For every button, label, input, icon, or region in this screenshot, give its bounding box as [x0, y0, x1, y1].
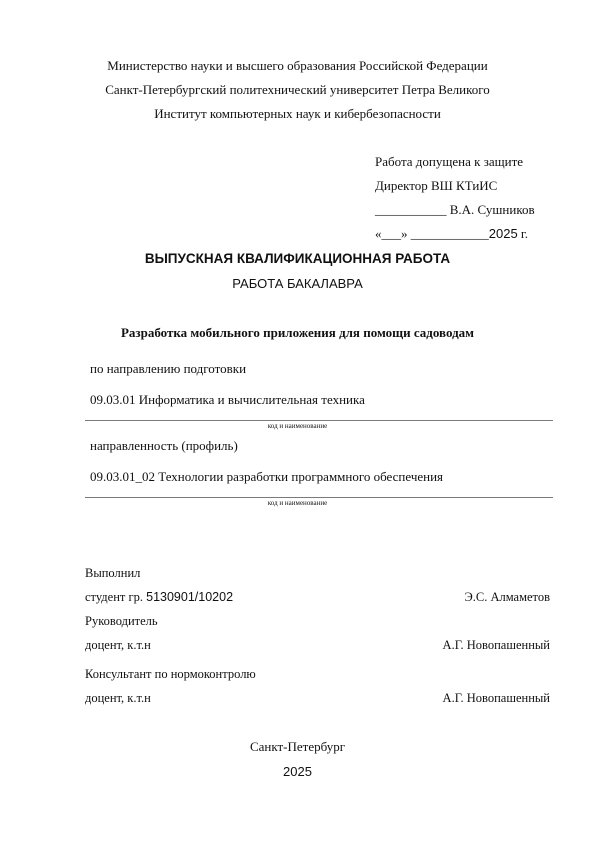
direction-caption: код и наименование	[0, 422, 595, 430]
performer-role: Выполнил	[85, 566, 140, 581]
consultant-name: А.Г. Новопашенный	[443, 691, 550, 706]
direction-value: 09.03.01 Информатика и вычислительная те…	[90, 392, 365, 408]
performer-group: 5130901/10202	[146, 590, 233, 604]
performer-position-prefix: студент гр.	[85, 590, 146, 604]
performer-name: Э.С. Алмаметов	[464, 590, 550, 605]
profile-label: направленность (профиль)	[90, 438, 238, 454]
signature-blank: ___________	[375, 202, 447, 217]
profile-value: 09.03.01_02 Технологии разработки програ…	[90, 469, 443, 485]
profile-caption: код и наименование	[0, 499, 595, 507]
thesis-topic: Разработка мобильного приложения для пом…	[0, 325, 595, 341]
profile-underline	[85, 497, 553, 498]
approval-date-line: «___» ____________2025 г.	[375, 226, 528, 242]
approval-director-title: Директор ВШ КТиИС	[375, 178, 497, 194]
institute-line: Институт компьютерных наук и кибербезопа…	[0, 106, 595, 122]
direction-underline	[85, 420, 553, 421]
date-day-blank: «___»	[375, 226, 408, 241]
supervisor-name: А.Г. Новопашенный	[443, 638, 550, 653]
supervisor-position: доцент, к.т.н	[85, 638, 151, 653]
ministry-line: Министерство науки и высшего образования…	[0, 58, 595, 74]
date-year: 2025	[489, 226, 518, 241]
consultant-position: доцент, к.т.н	[85, 691, 151, 706]
document-subtitle: РАБОТА БАКАЛАВРА	[0, 276, 595, 291]
supervisor-role: Руководитель	[85, 614, 158, 629]
consultant-role: Консультант по нормоконтролю	[85, 667, 256, 682]
direction-label: по направлению подготовки	[90, 361, 246, 377]
footer-city: Санкт-Петербург	[0, 739, 595, 755]
date-month-blank: ____________	[411, 226, 489, 241]
director-name: В.А. Сушников	[450, 202, 535, 217]
university-line: Санкт-Петербургский политехнический унив…	[0, 82, 595, 98]
footer-year: 2025	[0, 764, 595, 779]
approval-signature-line: ___________ В.А. Сушников	[375, 202, 535, 218]
date-suffix: г.	[518, 226, 528, 241]
performer-position: студент гр. 5130901/10202	[85, 590, 233, 605]
approval-admitted: Работа допущена к защите	[375, 154, 523, 170]
document-title: ВЫПУСКНАЯ КВАЛИФИКАЦИОННАЯ РАБОТА	[0, 251, 595, 266]
